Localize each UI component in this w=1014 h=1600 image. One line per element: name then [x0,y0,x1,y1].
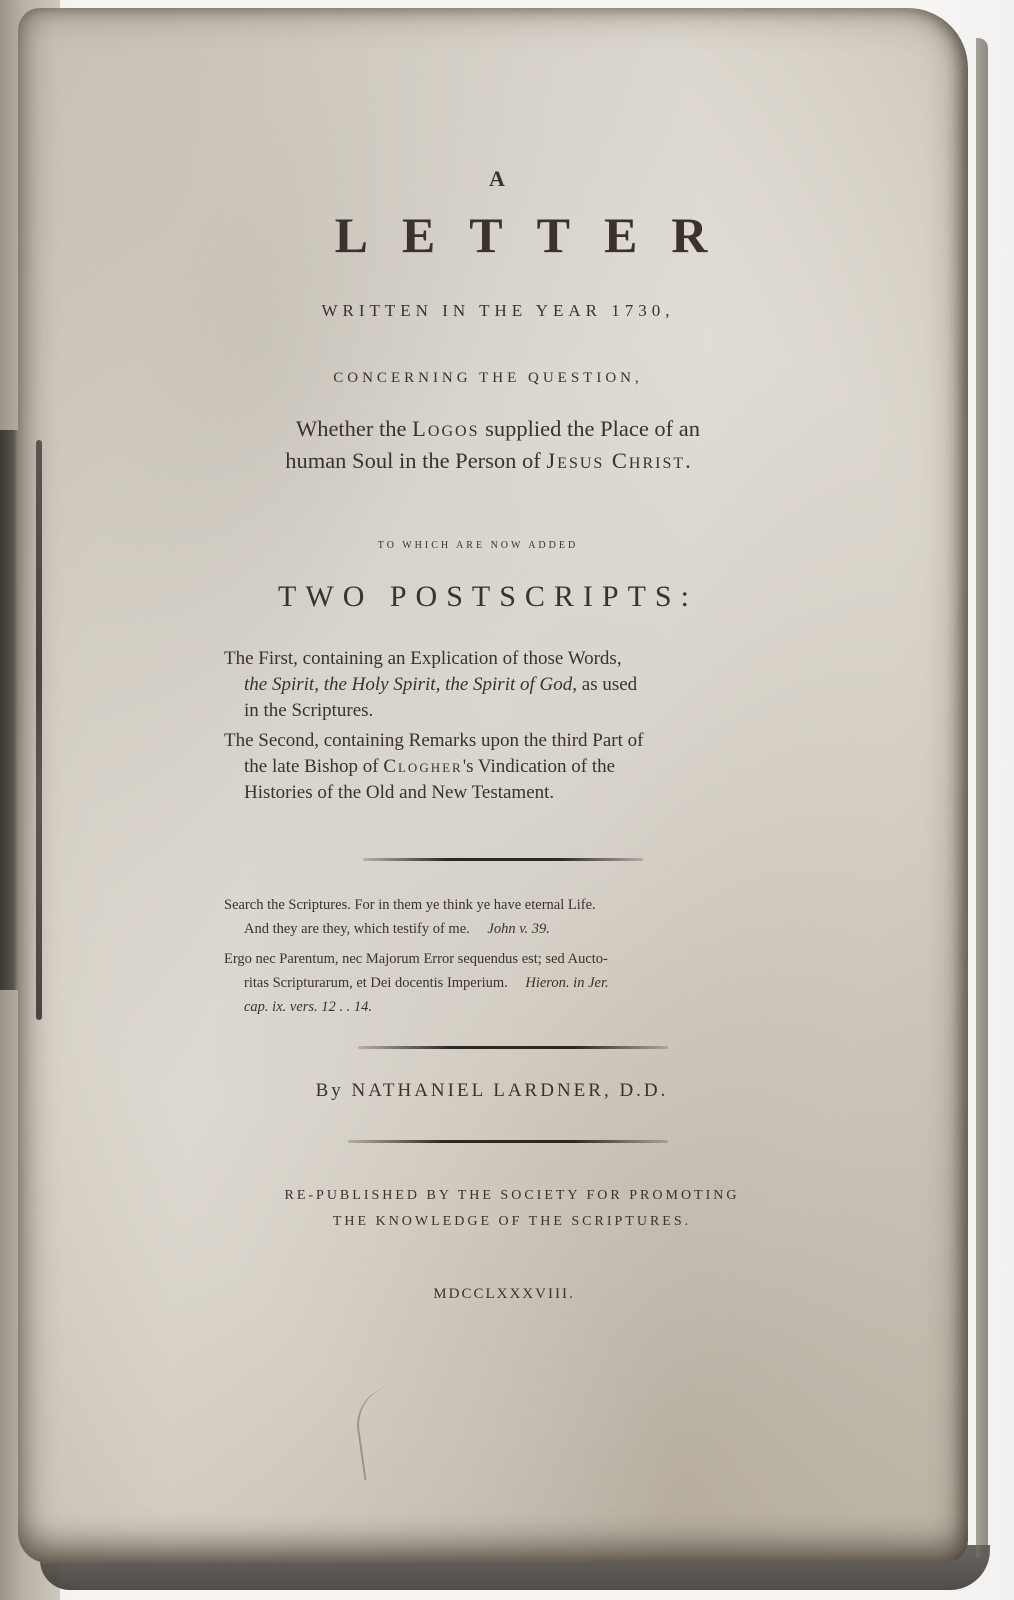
epigraph-english-text: And they are they, which testify of me. [244,921,470,937]
postscript-second-line-2-after: 's Vindication of the [463,756,615,777]
main-title: LETTER [208,206,828,264]
question-line-1-before: Whether the [296,416,412,441]
clogher-name: Clogher [383,756,462,777]
spirit-phrases: the Spirit, the Holy Spirit, the Spirit … [244,674,577,695]
postscript-first-line-1: The First, containing an Explication of … [224,646,804,672]
jesus-christ-name: Jesus Christ [546,448,685,473]
page-right-edge [976,38,988,1558]
question-line-2-before: human Soul in the Person of [285,448,546,473]
epigraph-latin-line-2: ritas Scripturarum, et Dei docentis Impe… [244,971,824,995]
epigraph-latin-line-1: Ergo nec Parentum, nec Majorum Error seq… [224,947,804,971]
paper-crease [352,1386,406,1481]
author-line: By NATHANIEL LARDNER, D.D. [202,1080,782,1102]
postscript-second-line-1: The Second, containing Remarks upon the … [224,728,804,754]
written-year-line: WRITTEN IN THE YEAR 1730, [208,301,788,321]
publisher-line-1: RE-PUBLISHED BY THE SOCIETY FOR PROMOTIN… [222,1188,802,1204]
postscript-first-line-3: in the Scriptures. [244,698,824,724]
added-line: TO WHICH ARE NOW ADDED [188,540,768,551]
concerning-line: CONCERNING THE QUESTION, [198,370,778,387]
question-line-2: human Soul in the Person of Jesus Christ… [198,448,778,474]
binding-stitch [36,440,42,1020]
divider-rule-3 [348,1140,668,1143]
postscript-first-line-2: the Spirit, the Holy Spirit, the Spirit … [244,672,824,698]
epigraph-latin-citation-line: cap. ix. vers. 12 . . 14. [244,995,824,1019]
title-page: A LETTER WRITTEN IN THE YEAR 1730, CONCE… [18,8,968,1563]
epigraph-english-line-1: Search the Scriptures. For in them ye th… [224,893,804,917]
postscripts-heading: TWO POSTSCRIPTS: [198,580,778,614]
question-line-2-after: . [685,448,691,473]
epigraph-latin-citation: Hieron. in Jer. [525,975,608,991]
as-used-text: as used [577,674,637,695]
question-line-1-after: supplied the Place of an [479,416,700,441]
epigraph-english-citation: John v. 39. [487,921,550,937]
logos-word: Logos [412,416,479,441]
divider-rule-1 [363,858,643,861]
postscript-second-line-2-before: the late Bishop of [244,756,383,777]
publication-date: MDCCLXXXVIII. [214,1286,794,1303]
postscript-second-line-3: Histories of the Old and New Testament. [244,780,824,806]
publisher-line-2: THE KNOWLEDGE OF THE SCRIPTURES. [222,1214,802,1230]
question-line-1: Whether the Logos supplied the Place of … [208,416,788,442]
epigraph-latin-text: ritas Scripturarum, et Dei docentis Impe… [244,975,508,991]
divider-rule-2 [358,1046,668,1049]
postscript-second-line-2: the late Bishop of Clogher's Vindication… [244,754,824,780]
epigraph-english-line-2: And they are they, which testify of me. … [244,917,824,941]
title-article: A [208,166,788,192]
